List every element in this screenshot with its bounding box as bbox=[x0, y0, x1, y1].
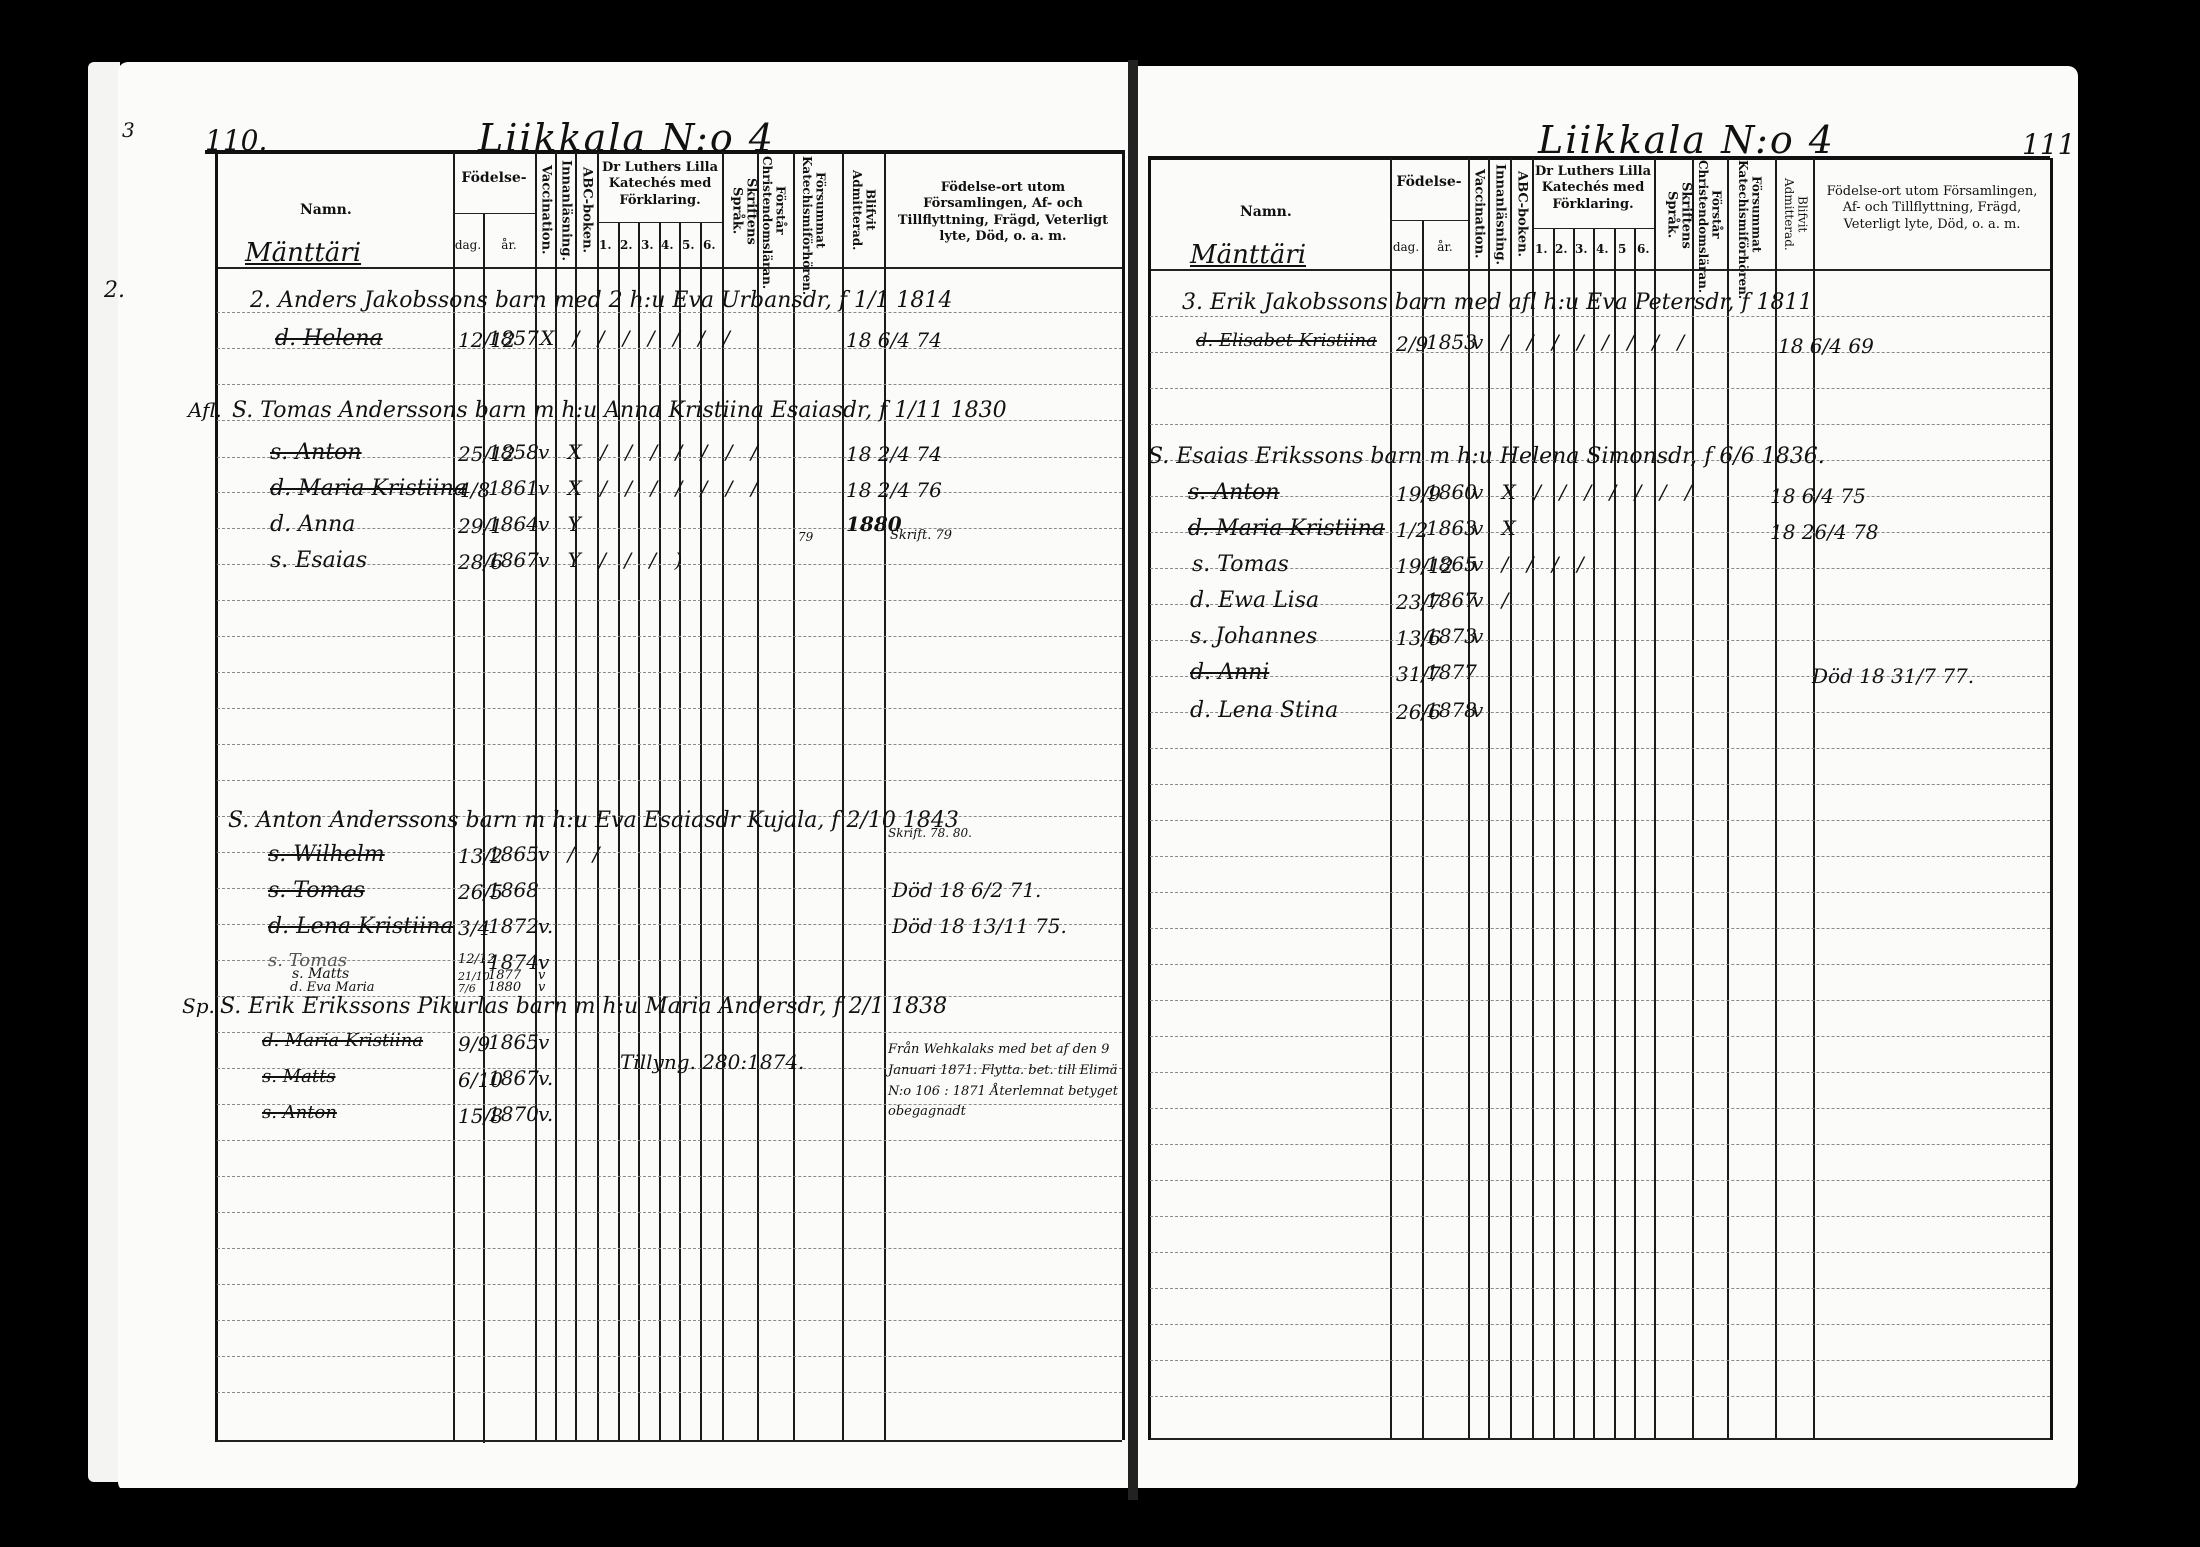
birth-year: 1861 bbox=[488, 476, 539, 500]
birth-year: 1853 bbox=[1426, 330, 1477, 354]
birth-year: 1873 bbox=[1426, 624, 1477, 648]
exam-marks: v / / / / bbox=[1472, 552, 1590, 576]
birth-year: 1857 bbox=[488, 326, 539, 350]
birth-year: 1877 bbox=[1426, 660, 1477, 684]
table-top-rule bbox=[1148, 156, 2050, 160]
birth-day: 4/8 bbox=[458, 478, 490, 502]
exam-marks: v Y bbox=[538, 512, 587, 536]
exam-marks: v / / bbox=[538, 842, 606, 866]
birth-year: 1865 bbox=[488, 842, 539, 866]
left-page bbox=[118, 62, 1128, 1492]
remark: Död 18 6/2 71. bbox=[892, 878, 1041, 902]
household-head: S. Tomas Anderssons barn m h:u Anna Kris… bbox=[232, 398, 1007, 423]
child-name: d. Helena bbox=[275, 326, 383, 351]
group-remark: Från Wehkalaks med bet af den 9 Januari … bbox=[888, 1040, 1118, 1123]
col-katekes-2: 2. bbox=[620, 238, 633, 253]
birth-year: 1865 bbox=[1426, 552, 1477, 576]
col-vaccination: Vaccination. bbox=[1471, 164, 1485, 264]
table-right-border bbox=[1122, 150, 1125, 1440]
admitted-date: 18 2/4 76 bbox=[846, 478, 942, 502]
birth-year: 1868 bbox=[488, 878, 539, 902]
col-katekes-1: 1. bbox=[599, 238, 612, 253]
exam-marks: v bbox=[538, 980, 545, 995]
exam-marks: v / bbox=[1472, 588, 1514, 612]
admitted-date: 18 2/4 74 bbox=[846, 442, 942, 466]
scan-right-shadow bbox=[2078, 0, 2200, 1547]
remark: Skrift. 79 bbox=[890, 528, 952, 543]
child-name: s. Matts bbox=[262, 1066, 336, 1087]
birth-year: 1865 bbox=[488, 1030, 539, 1054]
exam-marks: v Y / / / ) bbox=[538, 548, 688, 572]
birth-day: 1/2 bbox=[1396, 518, 1428, 542]
remark: Död 18 13/11 75. bbox=[892, 914, 1067, 938]
right-page bbox=[1138, 66, 2078, 1491]
margin-mark: Sp. bbox=[182, 994, 215, 1018]
col-skriftens-sprak: Skriftens Språk. bbox=[729, 158, 758, 264]
village-name: Mänttäri bbox=[1190, 240, 1306, 270]
previous-page-edge bbox=[88, 62, 120, 1482]
col-katekes-6: 6. bbox=[1637, 242, 1650, 257]
tillyng-note: Tillyng. 280:1874. bbox=[620, 1050, 804, 1074]
child-name: s. Wilhelm bbox=[268, 842, 385, 867]
col-namn: Namn. bbox=[300, 202, 352, 220]
table-right-border bbox=[2050, 158, 2053, 1440]
col-ar: år. bbox=[1423, 240, 1467, 255]
col-ar: år. bbox=[484, 238, 534, 253]
col-namn: Namn. bbox=[1240, 204, 1292, 222]
col-fodelse: Födelse- bbox=[455, 170, 533, 188]
col-forstar: Förstår Christendomsläran. bbox=[760, 156, 786, 264]
exam-marks: v X bbox=[1472, 516, 1522, 540]
child-name: s. Anton bbox=[262, 1102, 337, 1123]
birth-year: 1870 bbox=[488, 1102, 539, 1126]
col-notes: Födelse-ort utom Församlingen, Af- och T… bbox=[892, 180, 1114, 245]
scan-bottom-shadow bbox=[0, 1488, 2200, 1547]
child-name: s. Anton bbox=[270, 440, 362, 465]
birth-day: 2/9 bbox=[1396, 332, 1428, 356]
exam-marks: v bbox=[538, 1030, 549, 1054]
birth-year: 1867 bbox=[488, 548, 539, 572]
exam-marks: v. bbox=[538, 1066, 553, 1090]
head-note: Skrift. 78. 80. bbox=[888, 826, 972, 840]
exam-marks: v. bbox=[538, 914, 553, 938]
birth-year: 1864 bbox=[488, 512, 539, 536]
household-head: S. Anton Anderssons barn m h:u Eva Esaia… bbox=[228, 808, 959, 833]
child-name: d. Maria Kristiina bbox=[262, 1030, 423, 1051]
child-name: d. Maria Kristiina bbox=[1188, 516, 1385, 541]
household-head: S. Erik Erikssons Pikurlas barn m h:u Ma… bbox=[220, 994, 947, 1019]
remark: Död 18 31/7 77. bbox=[1812, 664, 1974, 688]
exam-marks: v X / / / / / / / bbox=[1472, 480, 1698, 504]
col-katekes-1: 1. bbox=[1535, 242, 1548, 257]
col-forsummat: Försummat Katechismiförhören. bbox=[800, 156, 826, 264]
col-katekes-4: 4. bbox=[1596, 242, 1609, 257]
exam-marks: X / / / / / / / bbox=[540, 326, 736, 350]
birth-day: 3/4 bbox=[458, 916, 490, 940]
center-fold bbox=[1128, 60, 1138, 1500]
village-name: Mänttäri bbox=[245, 238, 361, 268]
child-name: d. Maria Kristiina bbox=[270, 476, 467, 501]
col-abc-boken: ABC-boken. bbox=[579, 160, 593, 260]
child-name: s. Johannes bbox=[1190, 624, 1317, 649]
birth-year: 1860 bbox=[1426, 480, 1477, 504]
col-katekes-3: 3. bbox=[1575, 242, 1588, 257]
birth-year: 1863 bbox=[1426, 516, 1477, 540]
col-katekes-group: Dr Luthers Lilla Katechés med Förklaring… bbox=[598, 160, 722, 209]
col-katekes-5: 5. bbox=[682, 238, 695, 253]
child-name: s. Esaias bbox=[270, 548, 367, 573]
household-head: 2. Anders Jakobssons barn med 2 h:u Eva … bbox=[250, 288, 952, 313]
gutter-fragment: 3 bbox=[122, 118, 135, 142]
child-name: s. Anton bbox=[1188, 480, 1280, 505]
gutter-margin-number: 2. bbox=[104, 278, 125, 303]
admitted-date: 18 6/4 75 bbox=[1770, 484, 1866, 508]
col-katekes-5: 5 bbox=[1618, 242, 1626, 257]
child-name: d. Ewa Lisa bbox=[1190, 588, 1319, 613]
forsummat-mark: 79 bbox=[798, 530, 813, 544]
admitted-date: 18 26/4 78 bbox=[1770, 520, 1879, 544]
household-head: 3. Erik Jakobssons barn med afl h:u Eva … bbox=[1182, 290, 1813, 315]
exam-marks: v bbox=[1472, 624, 1483, 648]
child-name: d. Anni bbox=[1190, 660, 1269, 685]
child-name: d. Anna bbox=[270, 512, 355, 537]
col-innanlasning: Innanläsning. bbox=[1492, 164, 1506, 264]
birth-year: 1878 bbox=[1426, 698, 1477, 722]
admitted-date: 18 6/4 74 bbox=[846, 328, 942, 352]
col-katekes-6: 6. bbox=[703, 238, 716, 253]
col-forstar: Förstår Christendomsläran. bbox=[1696, 160, 1722, 268]
exam-marks: v bbox=[1472, 698, 1483, 722]
col-blifvit: Blifvit Admitterad. bbox=[1782, 164, 1808, 264]
col-katekes-3: 3. bbox=[641, 238, 654, 253]
col-forsummat: Försummat Katechismiförhören. bbox=[1736, 160, 1762, 268]
birth-year: 1867 bbox=[488, 1066, 539, 1090]
table-left-border bbox=[1148, 158, 1151, 1440]
exam-marks: v X / / / / / / / bbox=[538, 476, 764, 500]
col-katekes-group: Dr Luthers Lilla Katechés med Förklaring… bbox=[1533, 164, 1653, 213]
col-notes: Födelse-ort utom Församlingen, Af- och T… bbox=[1818, 184, 2046, 233]
col-blifvit: Blifvit Admitterad. bbox=[850, 160, 876, 260]
col-katekes-2: 2. bbox=[1555, 242, 1568, 257]
birth-day: 9/9 bbox=[458, 1032, 490, 1056]
col-katekes-4: 4. bbox=[661, 238, 674, 253]
admitted-date: 18 6/4 69 bbox=[1778, 334, 1874, 358]
margin-mark: Afl. bbox=[188, 398, 222, 422]
birth-year: 1872 bbox=[488, 914, 539, 938]
child-name: d. Elisabet Kristiina bbox=[1196, 330, 1377, 351]
birth-year: 1880 bbox=[488, 980, 521, 995]
child-name: s. Tomas bbox=[268, 878, 365, 903]
col-dag: dag. bbox=[454, 238, 482, 253]
child-name: d. Lena Stina bbox=[1190, 698, 1338, 723]
col-fodelse: Födelse- bbox=[1392, 174, 1466, 192]
child-name: d. Lena Kristiina bbox=[268, 914, 453, 939]
exam-marks: v X / / / / / / / bbox=[538, 440, 764, 464]
col-abc-boken: ABC-boken. bbox=[1514, 164, 1528, 264]
child-name: d. Eva Maria bbox=[290, 980, 375, 995]
exam-marks: v. bbox=[538, 1102, 553, 1126]
col-innanlasning: Innanläsning. bbox=[558, 160, 572, 260]
col-dag: dag. bbox=[1391, 240, 1421, 255]
col-skriftens-sprak: Skriftens Språk. bbox=[1664, 162, 1693, 268]
child-name: s. Tomas bbox=[1192, 552, 1289, 577]
col-vaccination: Vaccination. bbox=[538, 160, 552, 260]
birth-year: 1858 bbox=[488, 440, 539, 464]
exam-marks: v / / / / / / / / bbox=[1472, 330, 1690, 354]
table-top-rule bbox=[205, 150, 1123, 154]
household-head: S. Esaias Erikssons barn m h:u Helena Si… bbox=[1148, 444, 1825, 469]
birth-year: 1867 bbox=[1426, 588, 1477, 612]
